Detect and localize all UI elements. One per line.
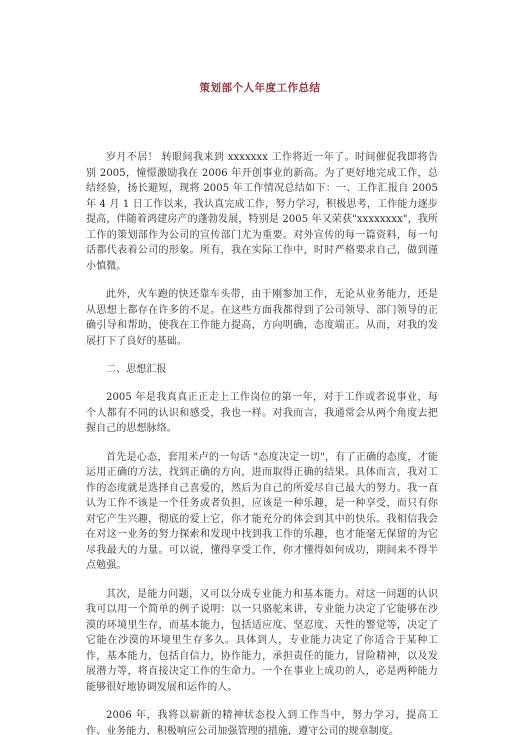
- section-paragraph-ability: 其次，是能力问题，又可以分成专业能力和基本能力。对这一问题的认识我可以用一个简单…: [86, 587, 438, 696]
- section-paragraph-first-year: 2005 年是我真真正正走上工作岗位的第一年，对于工作或者说事业，每个人都有不同…: [86, 390, 438, 437]
- section-paragraph-attitude: 首先是心态，套用米卢的一句话 "态度决定一切"，有了正确的态度，才能运用正确的方…: [86, 450, 438, 574]
- document-page: 策划部个人年度工作总结 岁月不居！ 转眼间我来到 xxxxxxx 工作将近一年了…: [0, 0, 520, 735]
- section-paragraph-2006-plan: 2006 年，我将以崭新的精神状态投入到工作当中，努力学习，提高工作、业务能力，…: [86, 708, 438, 735]
- section-heading: 二、思想汇报: [86, 362, 438, 377]
- intro-paragraph: 岁月不居！ 转眼间我来到 xxxxxxx 工作将近一年了。时间催促我即将告别 2…: [86, 150, 438, 274]
- document-title: 策划部个人年度工作总结: [0, 80, 520, 95]
- support-paragraph: 此外，火车跑的快还靠车头带，由于刚参加工作，无论从业务能力，还是从思想上都存在许…: [86, 287, 438, 349]
- document-body: 岁月不居！ 转眼间我来到 xxxxxxx 工作将近一年了。时间催促我即将告别 2…: [86, 150, 438, 735]
